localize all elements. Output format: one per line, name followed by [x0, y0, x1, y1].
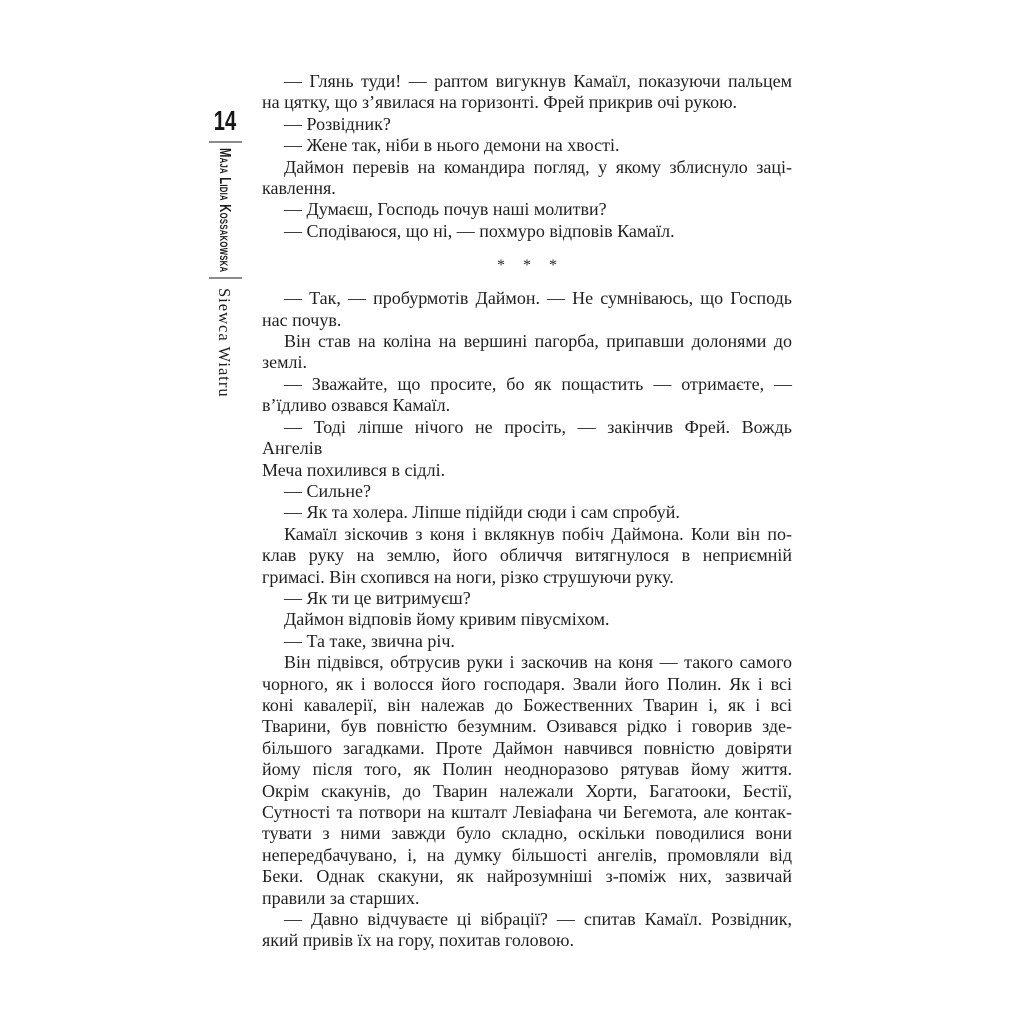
paragraph: — Зважайте, що просите, бо як пощастить …: [262, 374, 792, 417]
text-line: гримасі. Він схопився на ноги, різко стр…: [262, 567, 792, 588]
text-line: Даймон перевів на командира погляд, у як…: [262, 157, 792, 178]
text-line: правили за старших.: [262, 888, 792, 909]
paragraph: Даймон відповів йому кривим півусміхом.: [262, 609, 792, 630]
text-line: коні кавалерії, він належав до Божествен…: [262, 695, 792, 716]
text-line: — Глянь туди! — раптом вигукнув Камаїл, …: [262, 71, 792, 92]
text-line: який привів їх на гору, похитав головою.: [262, 930, 792, 951]
paragraph: Даймон перевів на командира погляд, у як…: [262, 157, 792, 200]
text-line: землі.: [262, 352, 792, 373]
paragraph: — Думаєш, Господь почув наші молитви?: [262, 199, 792, 220]
text-line: в’їдливо озвався Камаїл.: [262, 395, 792, 416]
paragraph: — Сильне?: [262, 481, 792, 502]
paragraph: Він підвівся, обтрусив руки і заскочив н…: [262, 652, 792, 909]
text-line: — Зважайте, що просите, бо як пощастить …: [262, 374, 792, 395]
sidebar-rule-top: [209, 141, 242, 143]
text-line: Сутності та потвори на кшталт Левіафана …: [262, 802, 792, 823]
paragraph: Він став на коліна на вершині пагорба, п…: [262, 331, 792, 374]
text-line: тувати з ними завжди було складно, оскіл…: [262, 823, 792, 844]
text-line: — Сильне?: [262, 481, 792, 502]
paragraph: — Давно відчуваєте ці вібрації? — спитав…: [262, 909, 792, 952]
text-line: — Давно відчуваєте ці вібрації? — спитав…: [262, 909, 792, 930]
text-line: на цятку, що з’явилася на горизонті. Фре…: [262, 92, 792, 113]
text-line: нас почув.: [262, 310, 792, 331]
text-line: Окрім скакунів, до Тварин належали Хорти…: [262, 781, 792, 802]
paragraph: Камаїл зіскочив з коня і вклякнув побіч …: [262, 524, 792, 588]
text-line: Даймон відповів йому кривим півусміхом.: [262, 609, 792, 630]
text-line: Він став на коліна на вершині пагорба, п…: [262, 331, 792, 352]
text-line: — Так, — пробурмотів Даймон. — Не сумнів…: [262, 288, 792, 309]
text-line: — Думаєш, Господь почув наші молитви?: [262, 199, 792, 220]
paragraph: — Як ти це витримуєш?: [262, 588, 792, 609]
section-separator: * * *: [262, 242, 792, 288]
paragraph: — Так, — пробурмотів Даймон. — Не сумнів…: [262, 288, 792, 331]
text-line: клав руку на землю, його обличчя витягну…: [262, 545, 792, 566]
text-line: Він підвівся, обтрусив руки і заскочив н…: [262, 652, 792, 673]
text-line: Тварини, був повністю безумним. Озивався…: [262, 716, 792, 737]
text-line: — Як та холера. Ліпше підійди сюди і сам…: [262, 502, 792, 523]
text-block: — Глянь туди! — раптом вигукнув Камаїл, …: [262, 71, 792, 952]
paragraph: — Тоді ліпше нічого не просіть, — закінч…: [262, 417, 792, 481]
separator-asterisks: * * *: [497, 255, 564, 276]
text-line: — Та таке, звична річ.: [262, 631, 792, 652]
book-title-vertical: Siewca Wiatru: [214, 288, 234, 398]
text-line: — Як ти це витримуєш?: [262, 588, 792, 609]
text-line: Камаїл зіскочив з коня і вклякнув побіч …: [262, 524, 792, 545]
author-name-vertical: Maja Lidia Kossakowska: [215, 148, 233, 272]
text-line: — Сподіваюся, що ні, — похмуро відповів …: [262, 221, 792, 242]
paragraph: — Глянь туди! — раптом вигукнув Камаїл, …: [262, 71, 792, 114]
text-line: Меча похилився в сідлі.: [262, 460, 792, 481]
sidebar-rule-bottom: [209, 277, 242, 279]
text-line: більшого загадками. Проте Даймон навчивс…: [262, 738, 792, 759]
text-line: Беки. Однак скакуни, як найрозумніші з-п…: [262, 866, 792, 887]
text-line: — Жене так, ніби в нього демони на хвост…: [262, 135, 792, 156]
text-line: — Розвідник?: [262, 114, 792, 135]
paragraph: — Жене так, ніби в нього демони на хвост…: [262, 135, 792, 156]
text-line: кавлення.: [262, 178, 792, 199]
paragraph: — Розвідник?: [262, 114, 792, 135]
page-number: 14: [209, 107, 241, 135]
paragraph: — Сподіваюся, що ні, — похмуро відповів …: [262, 221, 792, 242]
book-page: 14 Maja Lidia Kossakowska Siewca Wiatru …: [0, 0, 1024, 1024]
paragraph: — Як та холера. Ліпше підійди сюди і сам…: [262, 502, 792, 523]
text-line: чорного, як і волосся його господаря. Зв…: [262, 674, 792, 695]
text-line: йому після того, як Полин неодноразово р…: [262, 759, 792, 780]
text-line: — Тоді ліпше нічого не просіть, — закінч…: [262, 417, 792, 460]
paragraph: — Та таке, звична річ.: [262, 631, 792, 652]
text-line: непередбачувано, і, на думку більшості а…: [262, 845, 792, 866]
